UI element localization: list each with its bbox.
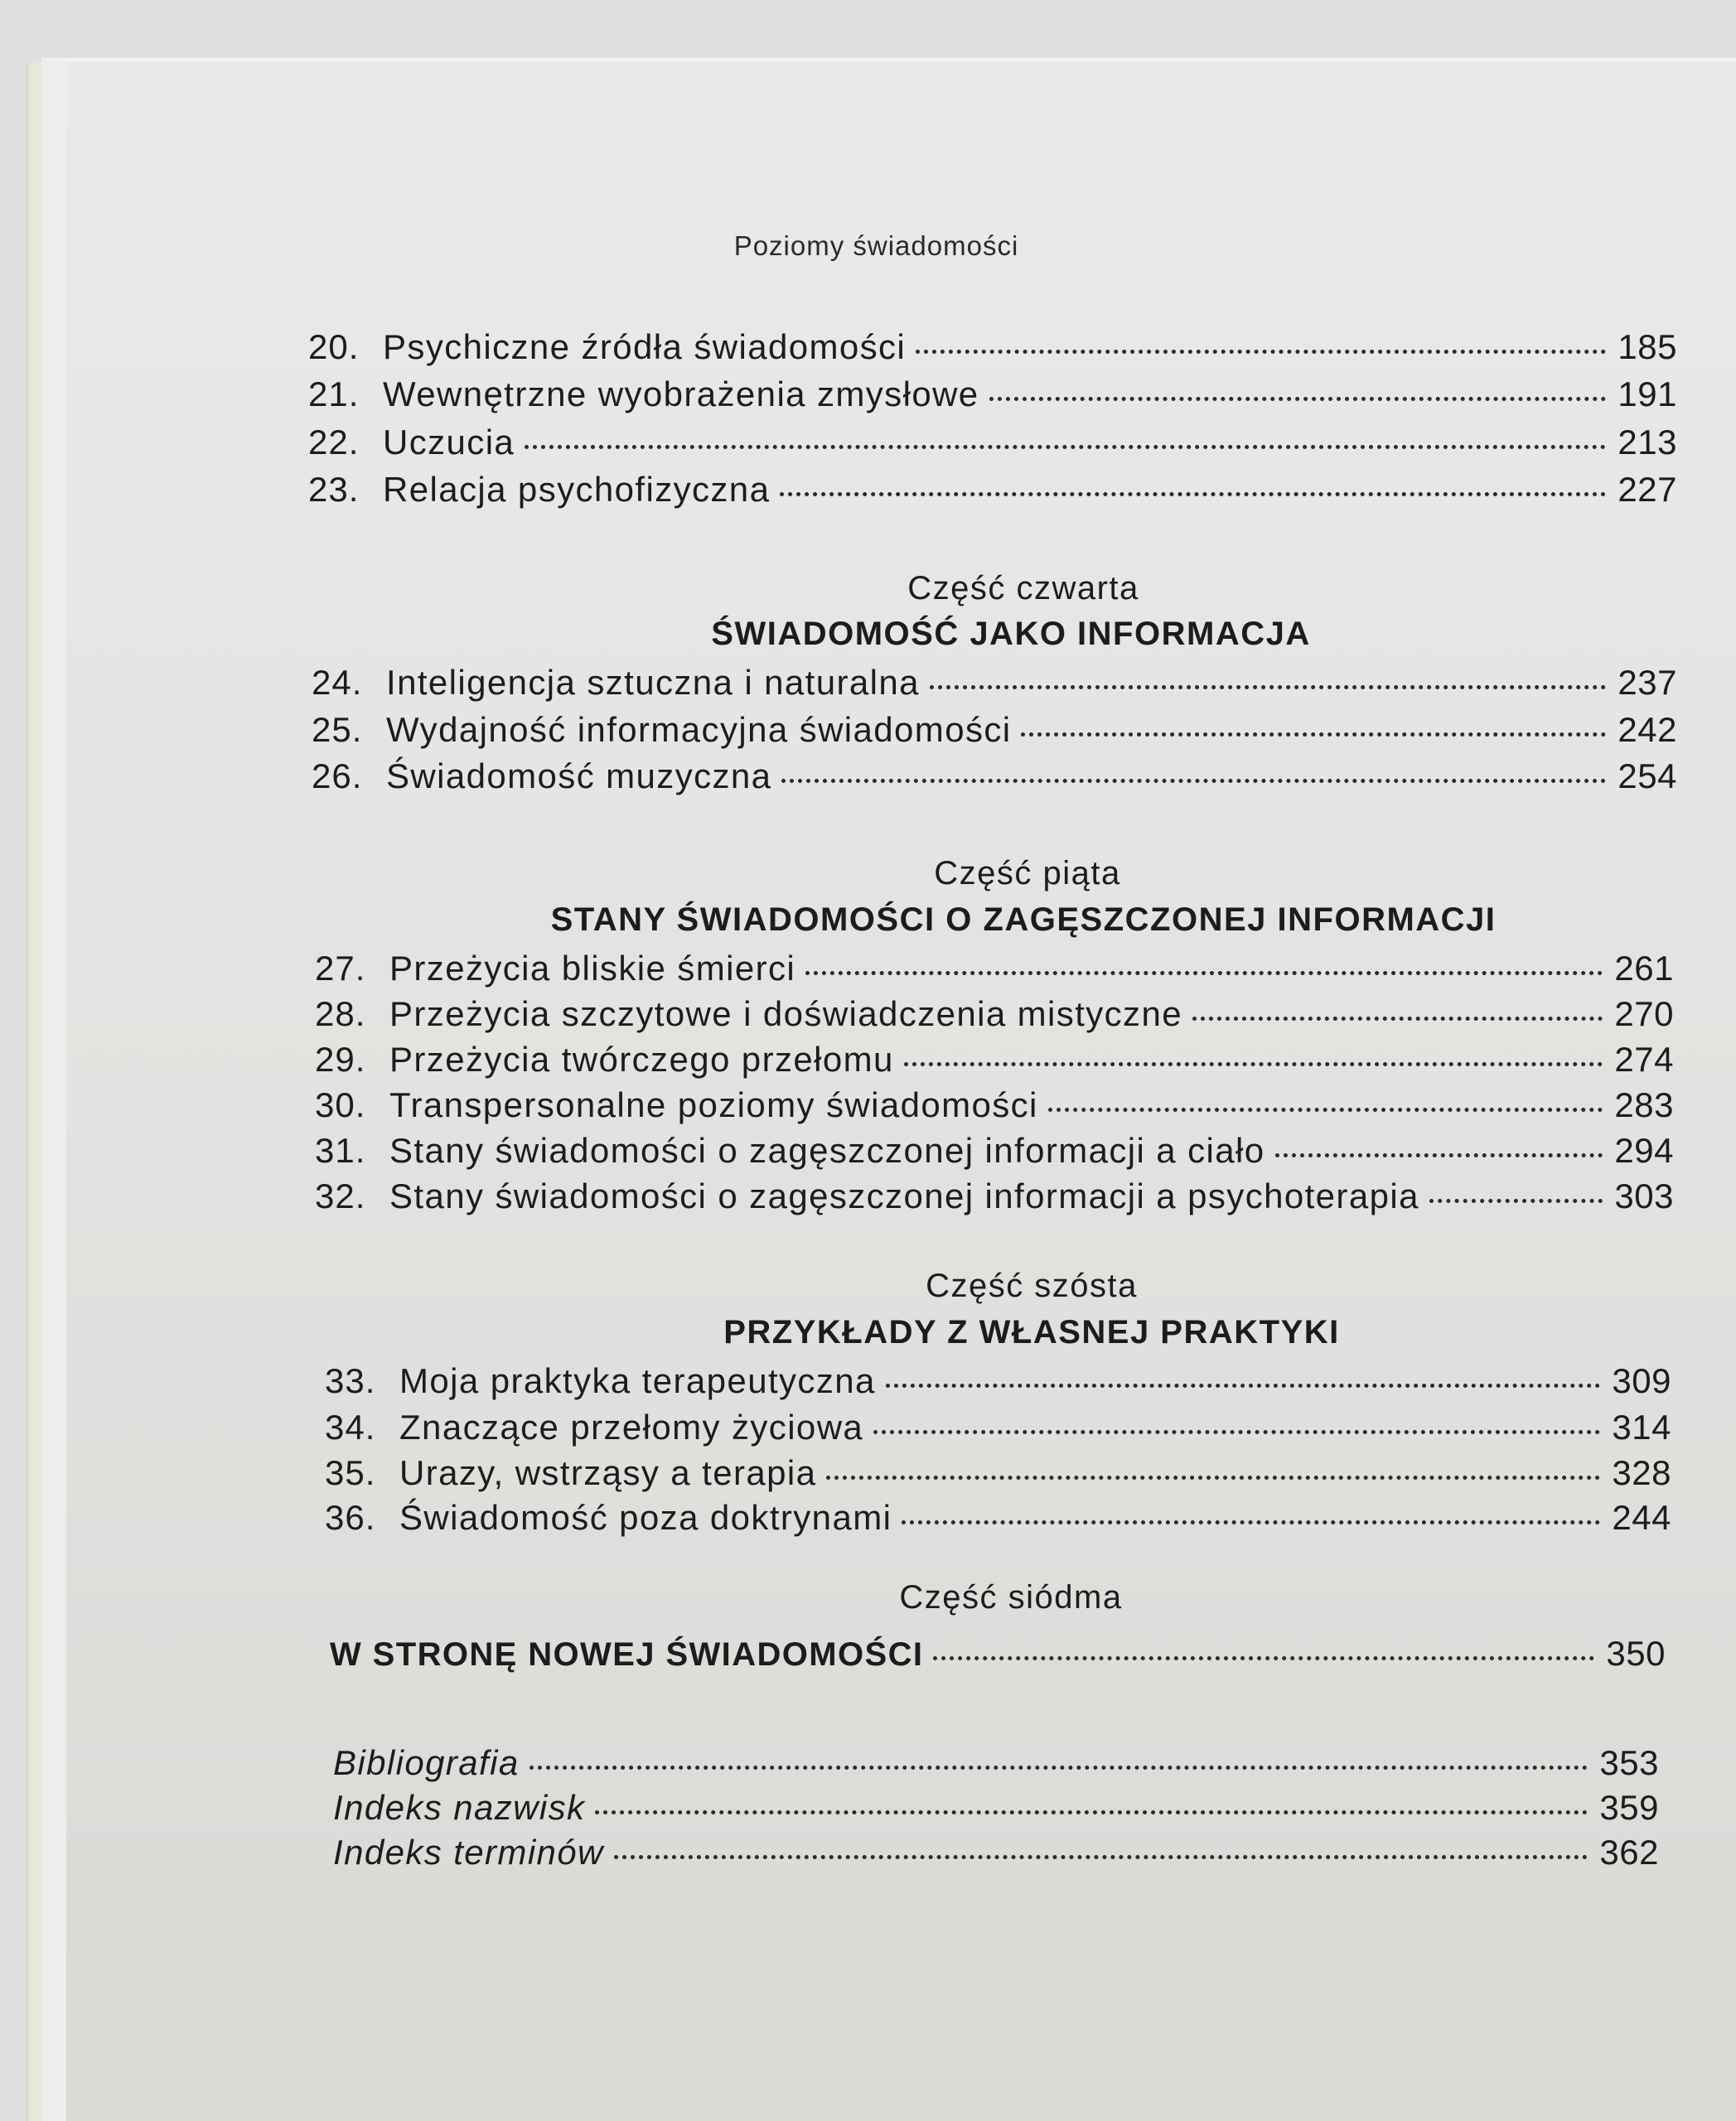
dot-leader — [826, 1476, 1600, 1480]
dot-leader — [933, 1656, 1594, 1660]
chapter-title: Stany świadomości o zagęszczonej informa… — [389, 1176, 1419, 1216]
chapter-number: 27. — [315, 949, 389, 988]
part-title: W STRONĘ NOWEJ ŚWIADOMOŚCI — [330, 1636, 923, 1674]
chapter-title: Psychiczne źródła świadomości — [383, 327, 906, 367]
toc-entry: 33. Moja praktyka terapeutyczna 309 — [325, 1361, 1671, 1401]
toc-entry: 36. Świadomość poza doktrynami 244 — [325, 1498, 1671, 1538]
toc-entry: 35. Urazy, wstrząsy a terapia 328 — [325, 1453, 1671, 1493]
page-number: 227 — [1618, 470, 1677, 510]
page-number: 242 — [1618, 710, 1677, 750]
page-number: 283 — [1614, 1085, 1674, 1125]
chapter-title: Uczucia — [383, 423, 515, 462]
chapter-number: 23. — [308, 470, 383, 510]
dot-leader — [904, 1062, 1603, 1066]
page-number: 270 — [1614, 994, 1674, 1034]
page-number: 191 — [1618, 374, 1677, 414]
chapter-title: Wewnętrzne wyobrażenia zmysłowe — [383, 374, 979, 414]
toc-entry: 21. Wewnętrzne wyobrażenia zmysłowe 191 — [308, 374, 1677, 414]
toc-entry: 34. Znaczące przełomy życiowa 314 — [325, 1408, 1671, 1447]
chapter-title: Wydajność informacyjna świadomości — [386, 710, 1011, 750]
chapter-number: 26. — [312, 756, 386, 796]
chapter-title: Inteligencja sztuczna i naturalna — [386, 663, 920, 703]
page-number: 359 — [1599, 1788, 1659, 1828]
dot-leader — [805, 971, 1603, 975]
back-matter-title: Indeks terminów — [333, 1833, 604, 1872]
chapter-number: 29. — [315, 1040, 389, 1080]
page-number: 244 — [1612, 1498, 1671, 1538]
dot-leader — [1048, 1108, 1603, 1112]
chapter-title: Transpersonalne poziomy świadomości — [389, 1085, 1038, 1125]
chapter-title: Urazy, wstrząsy a terapia — [399, 1453, 816, 1493]
chapter-number: 24. — [312, 663, 386, 703]
toc-entry: W STRONĘ NOWEJ ŚWIADOMOŚCI 350 — [330, 1634, 1666, 1674]
dot-leader — [595, 1810, 1588, 1814]
toc-entry-bibliography: Bibliografia 353 — [333, 1743, 1659, 1783]
part-label: Część czwarta — [0, 570, 1736, 607]
toc-entry: 31. Stany świadomości o zagęszczonej inf… — [315, 1131, 1674, 1171]
dot-leader — [916, 350, 1606, 354]
dot-leader — [614, 1855, 1589, 1859]
toc-entry: 27. Przeżycia bliskie śmierci 261 — [315, 949, 1674, 988]
table-of-contents: 20. Psychiczne źródła świadomości 185 21… — [0, 0, 1736, 2121]
dot-leader — [530, 1766, 1589, 1770]
page-number: 309 — [1612, 1361, 1671, 1401]
dot-leader — [1429, 1199, 1603, 1203]
dot-leader — [780, 492, 1606, 496]
part-label: Część szósta — [0, 1268, 1736, 1305]
page-number: 362 — [1599, 1833, 1659, 1872]
chapter-title: Relacja psychofizyczna — [383, 470, 770, 510]
chapter-title: Moja praktyka terapeutyczna — [399, 1361, 876, 1401]
dot-leader — [873, 1430, 1600, 1434]
toc-entry: 29. Przeżycia twórczego przełomu 274 — [315, 1040, 1674, 1080]
part-label: Część piąta — [0, 855, 1736, 892]
chapter-title: Świadomość muzyczna — [386, 756, 771, 796]
toc-entry: 22. Uczucia 213 — [308, 423, 1677, 462]
part-title: ŚWIADOMOŚĆ JAKO INFORMACJA — [0, 616, 1736, 653]
chapter-number: 36. — [325, 1498, 399, 1538]
page-number: 328 — [1612, 1453, 1671, 1493]
part-label: Część siódma — [0, 1579, 1736, 1616]
toc-entry-name-index: Indeks nazwisk 359 — [333, 1788, 1659, 1828]
page-number: 303 — [1614, 1176, 1674, 1216]
dot-leader — [1021, 732, 1606, 737]
toc-entry: 28. Przeżycia szczytowe i doświadczenia … — [315, 994, 1674, 1034]
page-number: 350 — [1606, 1634, 1666, 1674]
chapter-number: 28. — [315, 994, 389, 1034]
chapter-title: Znaczące przełomy życiowa — [399, 1408, 863, 1447]
part-title: STANY ŚWIADOMOŚCI O ZAGĘSZCZONEJ INFORMA… — [0, 901, 1736, 939]
dot-leader — [886, 1384, 1601, 1388]
chapter-number: 21. — [308, 374, 383, 414]
toc-entry: 26. Świadomość muzyczna 254 — [312, 756, 1677, 796]
toc-entry: 32. Stany świadomości o zagęszczonej inf… — [315, 1176, 1674, 1216]
toc-entry-term-index: Indeks terminów 362 — [333, 1833, 1659, 1872]
page-number: 185 — [1618, 327, 1677, 367]
chapter-title: Świadomość poza doktrynami — [399, 1498, 892, 1538]
toc-entry: 30. Transpersonalne poziomy świadomości … — [315, 1085, 1674, 1125]
dot-leader — [930, 685, 1607, 689]
page-number: 254 — [1618, 756, 1677, 796]
page-number: 314 — [1612, 1408, 1671, 1447]
dot-leader — [1275, 1153, 1603, 1157]
back-matter-title: Bibliografia — [333, 1743, 520, 1783]
chapter-number: 35. — [325, 1453, 399, 1493]
chapter-title: Przeżycia twórczego przełomu — [389, 1040, 894, 1080]
toc-entry: 20. Psychiczne źródła świadomości 185 — [308, 327, 1677, 367]
chapter-number: 22. — [308, 423, 383, 462]
toc-entry: 24. Inteligencja sztuczna i naturalna 23… — [312, 663, 1677, 703]
page-number: 353 — [1599, 1743, 1659, 1783]
dot-leader — [1192, 1017, 1603, 1021]
chapter-number: 33. — [325, 1361, 399, 1401]
chapter-number: 30. — [315, 1085, 389, 1125]
dot-leader — [525, 445, 1606, 449]
chapter-number: 25. — [312, 710, 386, 750]
dot-leader — [989, 397, 1607, 401]
back-matter-title: Indeks nazwisk — [333, 1788, 585, 1828]
page-number: 213 — [1618, 423, 1677, 462]
chapter-number: 20. — [308, 327, 383, 367]
chapter-number: 32. — [315, 1176, 389, 1216]
toc-entry: 25. Wydajność informacyjna świadomości 2… — [312, 710, 1677, 750]
page-number: 294 — [1614, 1131, 1674, 1171]
chapter-number: 34. — [325, 1408, 399, 1447]
chapter-title: Przeżycia szczytowe i doświadczenia mist… — [389, 994, 1182, 1034]
page-number: 261 — [1614, 949, 1674, 988]
chapter-title: Stany świadomości o zagęszczonej informa… — [389, 1131, 1265, 1171]
chapter-title: Przeżycia bliskie śmierci — [389, 949, 795, 988]
toc-entry: 23. Relacja psychofizyczna 227 — [308, 470, 1677, 510]
part-title: PRZYKŁADY Z WŁASNEJ PRAKTYKI — [0, 1314, 1736, 1351]
chapter-number: 31. — [315, 1131, 389, 1171]
page-number: 274 — [1614, 1040, 1674, 1080]
dot-leader — [902, 1520, 1600, 1524]
dot-leader — [781, 779, 1606, 783]
page-number: 237 — [1618, 663, 1677, 703]
